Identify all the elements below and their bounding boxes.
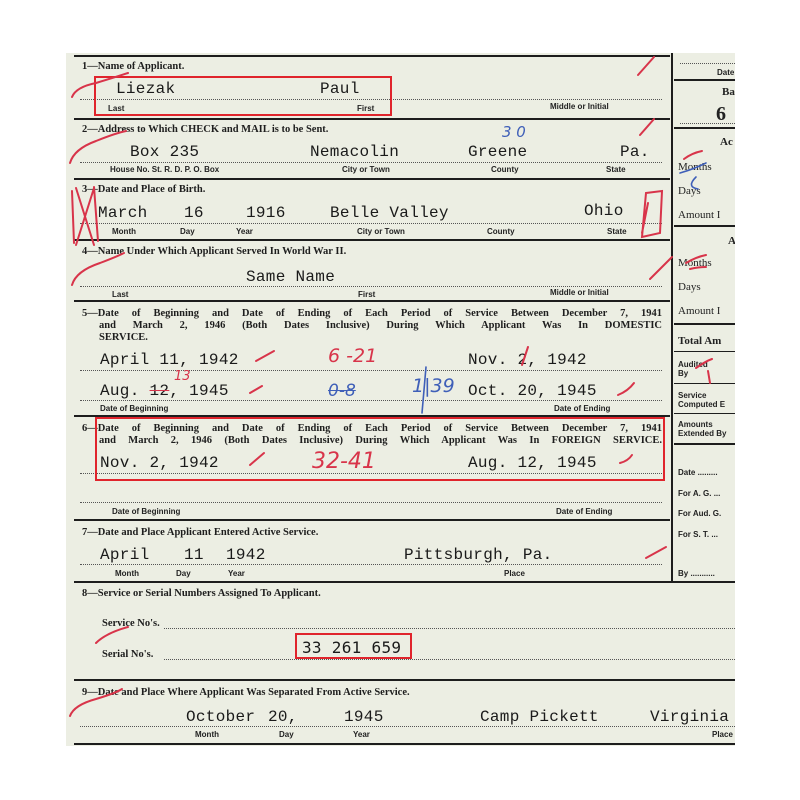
tick-mark-icon	[250, 386, 262, 393]
tick-mark-icon	[620, 455, 632, 463]
compensation-application-form: 1—Name of Applicant. Liezak Paul Last Fi…	[66, 53, 735, 746]
x-mark-icon	[72, 187, 98, 245]
check-mark-icon	[72, 253, 124, 285]
tick-mark-icon	[638, 57, 654, 75]
check-mark-icon	[70, 131, 126, 163]
tick-mark-icon	[696, 359, 712, 383]
tick-mark-icon	[646, 547, 666, 558]
tick-mark-icon	[640, 119, 654, 135]
tick-mark-icon	[650, 257, 672, 279]
tick-mark-icon	[618, 383, 634, 395]
box-mark-icon	[642, 191, 662, 237]
tick-mark-icon	[256, 351, 274, 361]
tick-mark-icon	[684, 151, 702, 159]
check-mark-icon	[70, 689, 122, 716]
pencil-check-marks	[66, 53, 735, 746]
blue-mark	[680, 163, 706, 189]
check-mark-icon	[96, 627, 128, 643]
check-mark-icon	[72, 73, 128, 97]
blue-divider-mark	[422, 367, 426, 413]
tick-mark-icon	[522, 347, 528, 365]
tick-mark-icon	[686, 255, 706, 269]
tick-mark-icon	[250, 453, 264, 465]
